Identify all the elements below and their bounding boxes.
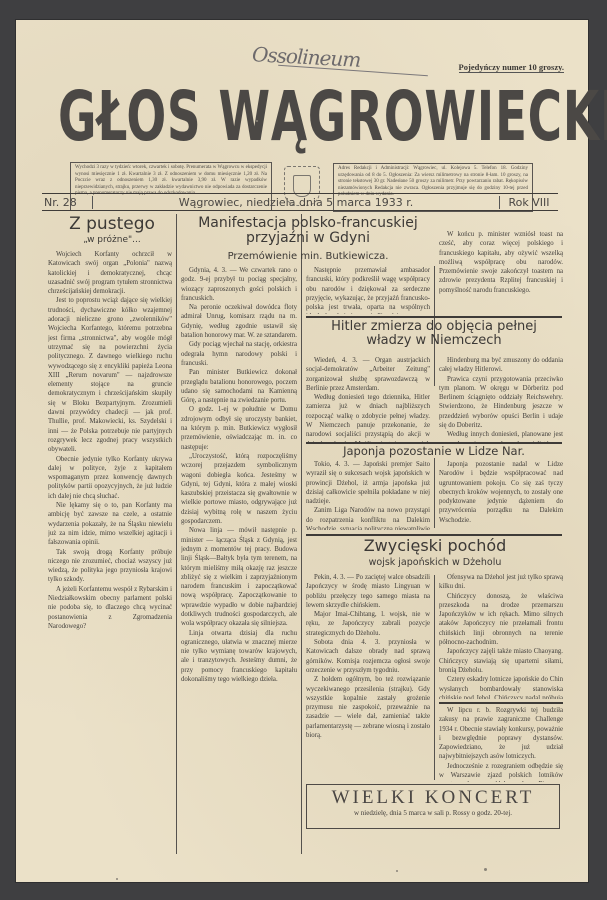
column-divider (176, 214, 177, 854)
print-speck (396, 870, 398, 872)
concert-title: WIELKI KONCERT (307, 787, 559, 809)
concert-details: w niedzielę, dnia 5 marca w sali p. Ross… (307, 809, 559, 817)
print-speck (484, 868, 487, 871)
dateline-bar: Nr. 28 Wągrowiec, niedziela dnia 5 marca… (42, 193, 558, 211)
article-body-zwycieski-b: Ofensywa na Dżehol jest już tylko sprawą… (439, 573, 563, 699)
concert-advertisement: WIELKI KONCERT w niedzielę, dnia 5 marca… (306, 784, 560, 829)
article-body-challenge: W lipcu r. b. Rozgrywki tej budziła zaku… (439, 706, 563, 782)
print-speck (116, 878, 118, 880)
section-rule (439, 702, 563, 704)
price-label: Pojedyńczy numer 10 groszy. (459, 62, 564, 73)
print-speck (256, 120, 258, 122)
place-date: Wągrowiec, niedziela dnia 5 marca 1933 r… (93, 196, 499, 209)
volume-year: Rok VIII (499, 196, 558, 209)
article-body-japonja-b: Japonja pozostanie nadal w Lidze Narodów… (439, 460, 563, 530)
article-body-manifestacja-cont: Następnie przemawiał ambasador francuski… (306, 266, 430, 314)
article-body-z-pustego: Wojciech Korfanty ochrzcił w Katowicach … (48, 250, 172, 854)
article-title: Japonja pozostanie w Lidze Nar. (308, 445, 560, 457)
article-title: Manifestacja polsko-francuskiej przyjaźn… (188, 216, 428, 245)
article-body-zwycieski-a: Pekin, 4. 3. — Po zaciętej walce obsadzi… (306, 573, 430, 785)
column-divider (434, 458, 435, 528)
column-divider (301, 214, 302, 854)
section-rule (306, 316, 562, 318)
article-body-hitler-b: Hindenburg ma być zmuszony do oddania ca… (439, 356, 563, 442)
article-body-japonja-a: Tokio, 4. 3. — Japoński premjer Saito wy… (306, 460, 430, 530)
article-subtitle: „w próżne"... (52, 236, 172, 245)
article-body-manifestacja-end: W końcu p. minister wzniósł toast na cze… (439, 230, 563, 314)
article-body-manifestacja: Gdynia, 4. 3. — We czwartek rano o godz.… (181, 266, 297, 854)
column-divider (434, 575, 435, 780)
issue-number: Nr. 28 (42, 196, 93, 209)
newspaper-page: Ossolineum Pojedyńczy numer 10 groszy. G… (16, 20, 588, 882)
article-title: Hitler zmierza do objęcia pełnej władzy … (314, 320, 554, 347)
article-body-hitler-a: Wiedeń, 4. 3. — Organ austrjackich socja… (306, 356, 430, 442)
masthead-title: GŁOS WĄGROWIECKI (58, 80, 564, 154)
article-title: Z pustego (52, 216, 172, 234)
article-title: Zwycięski pochód (312, 538, 558, 555)
article-subtitle: wojsk japońskich w Dżeholu (312, 558, 558, 568)
article-subtitle: Przemówienie min. Butkiewicza. (188, 252, 428, 263)
